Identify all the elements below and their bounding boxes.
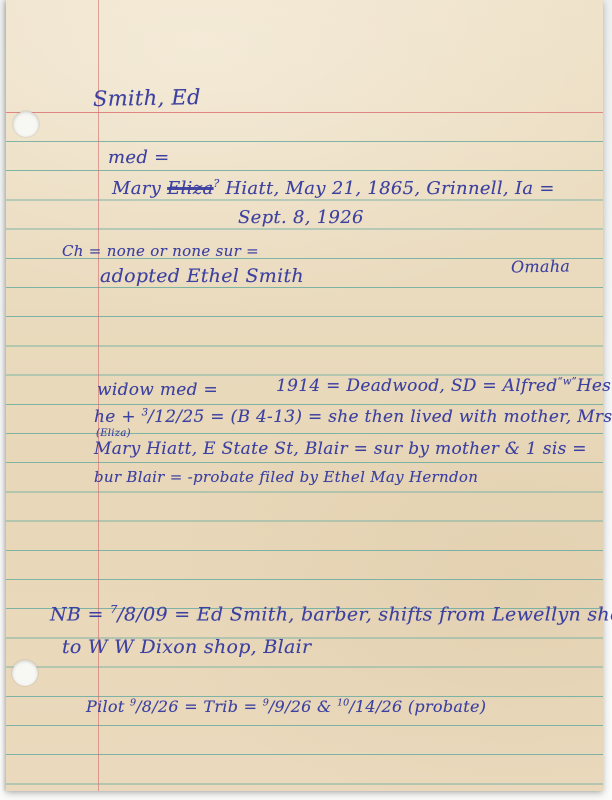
mother-details: Mary Hiatt, E State St, Blair = sur by m… [94,439,587,459]
marriage-line: Mary Eliza? Hiatt, May 21, 1865, Grinnel… [112,177,555,199]
remarriage-line: 1914 = Deadwood, SD = Alfred“w”Hester [276,376,612,396]
trib-date2-numerator: 10 [337,698,349,709]
nb-note-text: /8/09 = Ed Smith, barber, shifts from Le… [117,603,612,625]
red-ruled-line [6,112,603,113]
remarriage-surname: Hester [577,376,612,396]
green-ruled-lines [6,141,603,789]
notebook-paper: Smith, Ed med = Mary Eliza? Hiatt, May 2… [6,0,603,791]
marriage-details: Hiatt, May 21, 1865, Grinnell, Ia = [219,178,554,199]
surname-heading: Smith, Ed [93,85,201,111]
death-date-line: Sept. 8, 1926 [238,207,364,228]
remarriage-detail-line: he + 3/12/25 = (B 4-13) = she then lived… [94,407,612,427]
mother-first-name-annotation: (Eliza) [96,428,131,439]
punch-hole-bottom [12,660,38,686]
detail-pre: he + [94,407,142,427]
newspaper-sources-line: Pilot 9/8/26 = Trib = 9/9/26 & 10/14/26 … [86,697,486,716]
source-end: /14/26 (probate) [349,697,486,716]
place-note: Omaha [511,256,570,276]
mother-line: (Eliza)Mary Hiatt, E State St, Blair = s… [94,439,587,459]
scanned-page: Smith, Ed med = Mary Eliza? Hiatt, May 2… [0,0,612,800]
nb-note-line-1: NB = 7/8/09 = Ed Smith, barber, shifts f… [50,602,612,625]
struck-out-name: Eliza [167,178,213,199]
children-line: Ch = none or none sur = [62,242,259,260]
adopted-child-line: adopted Ethel Smith [100,265,304,287]
nb-note-line-2: to W W Dixon shop, Blair [62,636,311,658]
source-pilot: Pilot [86,697,130,716]
nb-label: NB = [50,603,110,625]
punch-hole-top [13,111,39,137]
remarriage-place: 1914 = Deadwood, SD = Alfred [276,376,558,396]
middle-initial-sup: “w” [558,376,577,387]
widow-remarriage-label: widow med = [97,380,218,400]
married-label: med = [108,147,170,168]
burial-probate-line: bur Blair = -probate filed by Ethel May … [94,468,478,486]
source-mid: /9/26 & [269,697,337,716]
source-trib: /8/26 = Trib = [136,697,263,716]
detail-post: /12/25 = (B 4-13) = she then lived with … [148,407,612,427]
bride-first-name: Mary [112,178,167,199]
